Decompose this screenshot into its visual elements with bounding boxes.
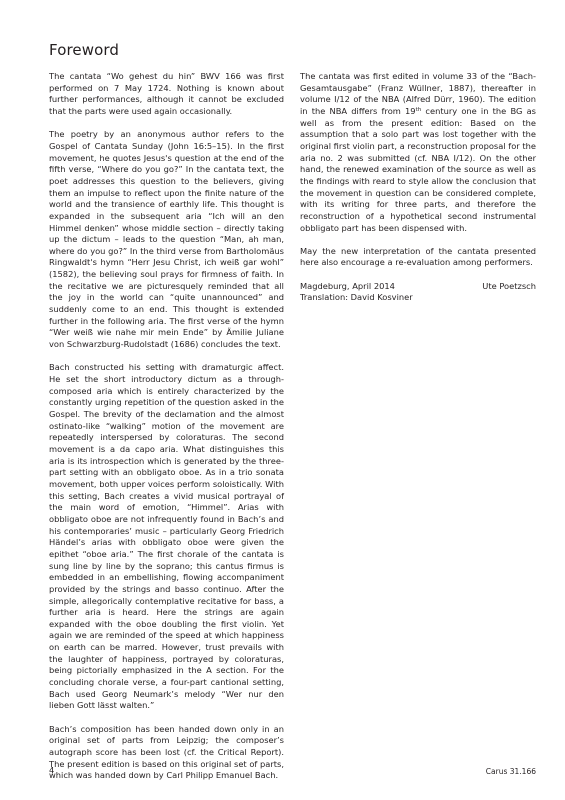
place-date: Magdeburg, April 2014 <box>300 281 395 293</box>
editions-text-end: century one in the BG as well as from th… <box>300 106 536 233</box>
translator-credit: Translation: David Kosviner <box>300 292 536 304</box>
page-title: Foreword <box>49 41 119 59</box>
paragraph-sources: Bach’s composition has been handed down … <box>49 724 284 782</box>
signature-line: Magdeburg, April 2014 Ute Poetzsch <box>300 281 536 293</box>
paragraph-poetry: The poetry by an anonymous author refers… <box>49 129 284 350</box>
right-column: The cantata was first edited in volume 3… <box>300 71 536 316</box>
author-name: Ute Poetzsch <box>482 281 536 293</box>
paragraph-closing: May the new interpretation of the cantat… <box>300 246 536 269</box>
left-column: The cantata “Wo gehest du hin” BWV 166 w… <box>49 71 284 794</box>
paragraph-setting: Bach constructed his setting with dramat… <box>49 362 284 712</box>
paragraph-performance-history: The cantata “Wo gehest du hin” BWV 166 w… <box>49 71 284 118</box>
paragraph-editions: The cantata was first edited in volume 3… <box>300 71 536 234</box>
page-number: 4 <box>49 765 54 775</box>
catalog-number: Carus 31.166 <box>486 767 536 776</box>
